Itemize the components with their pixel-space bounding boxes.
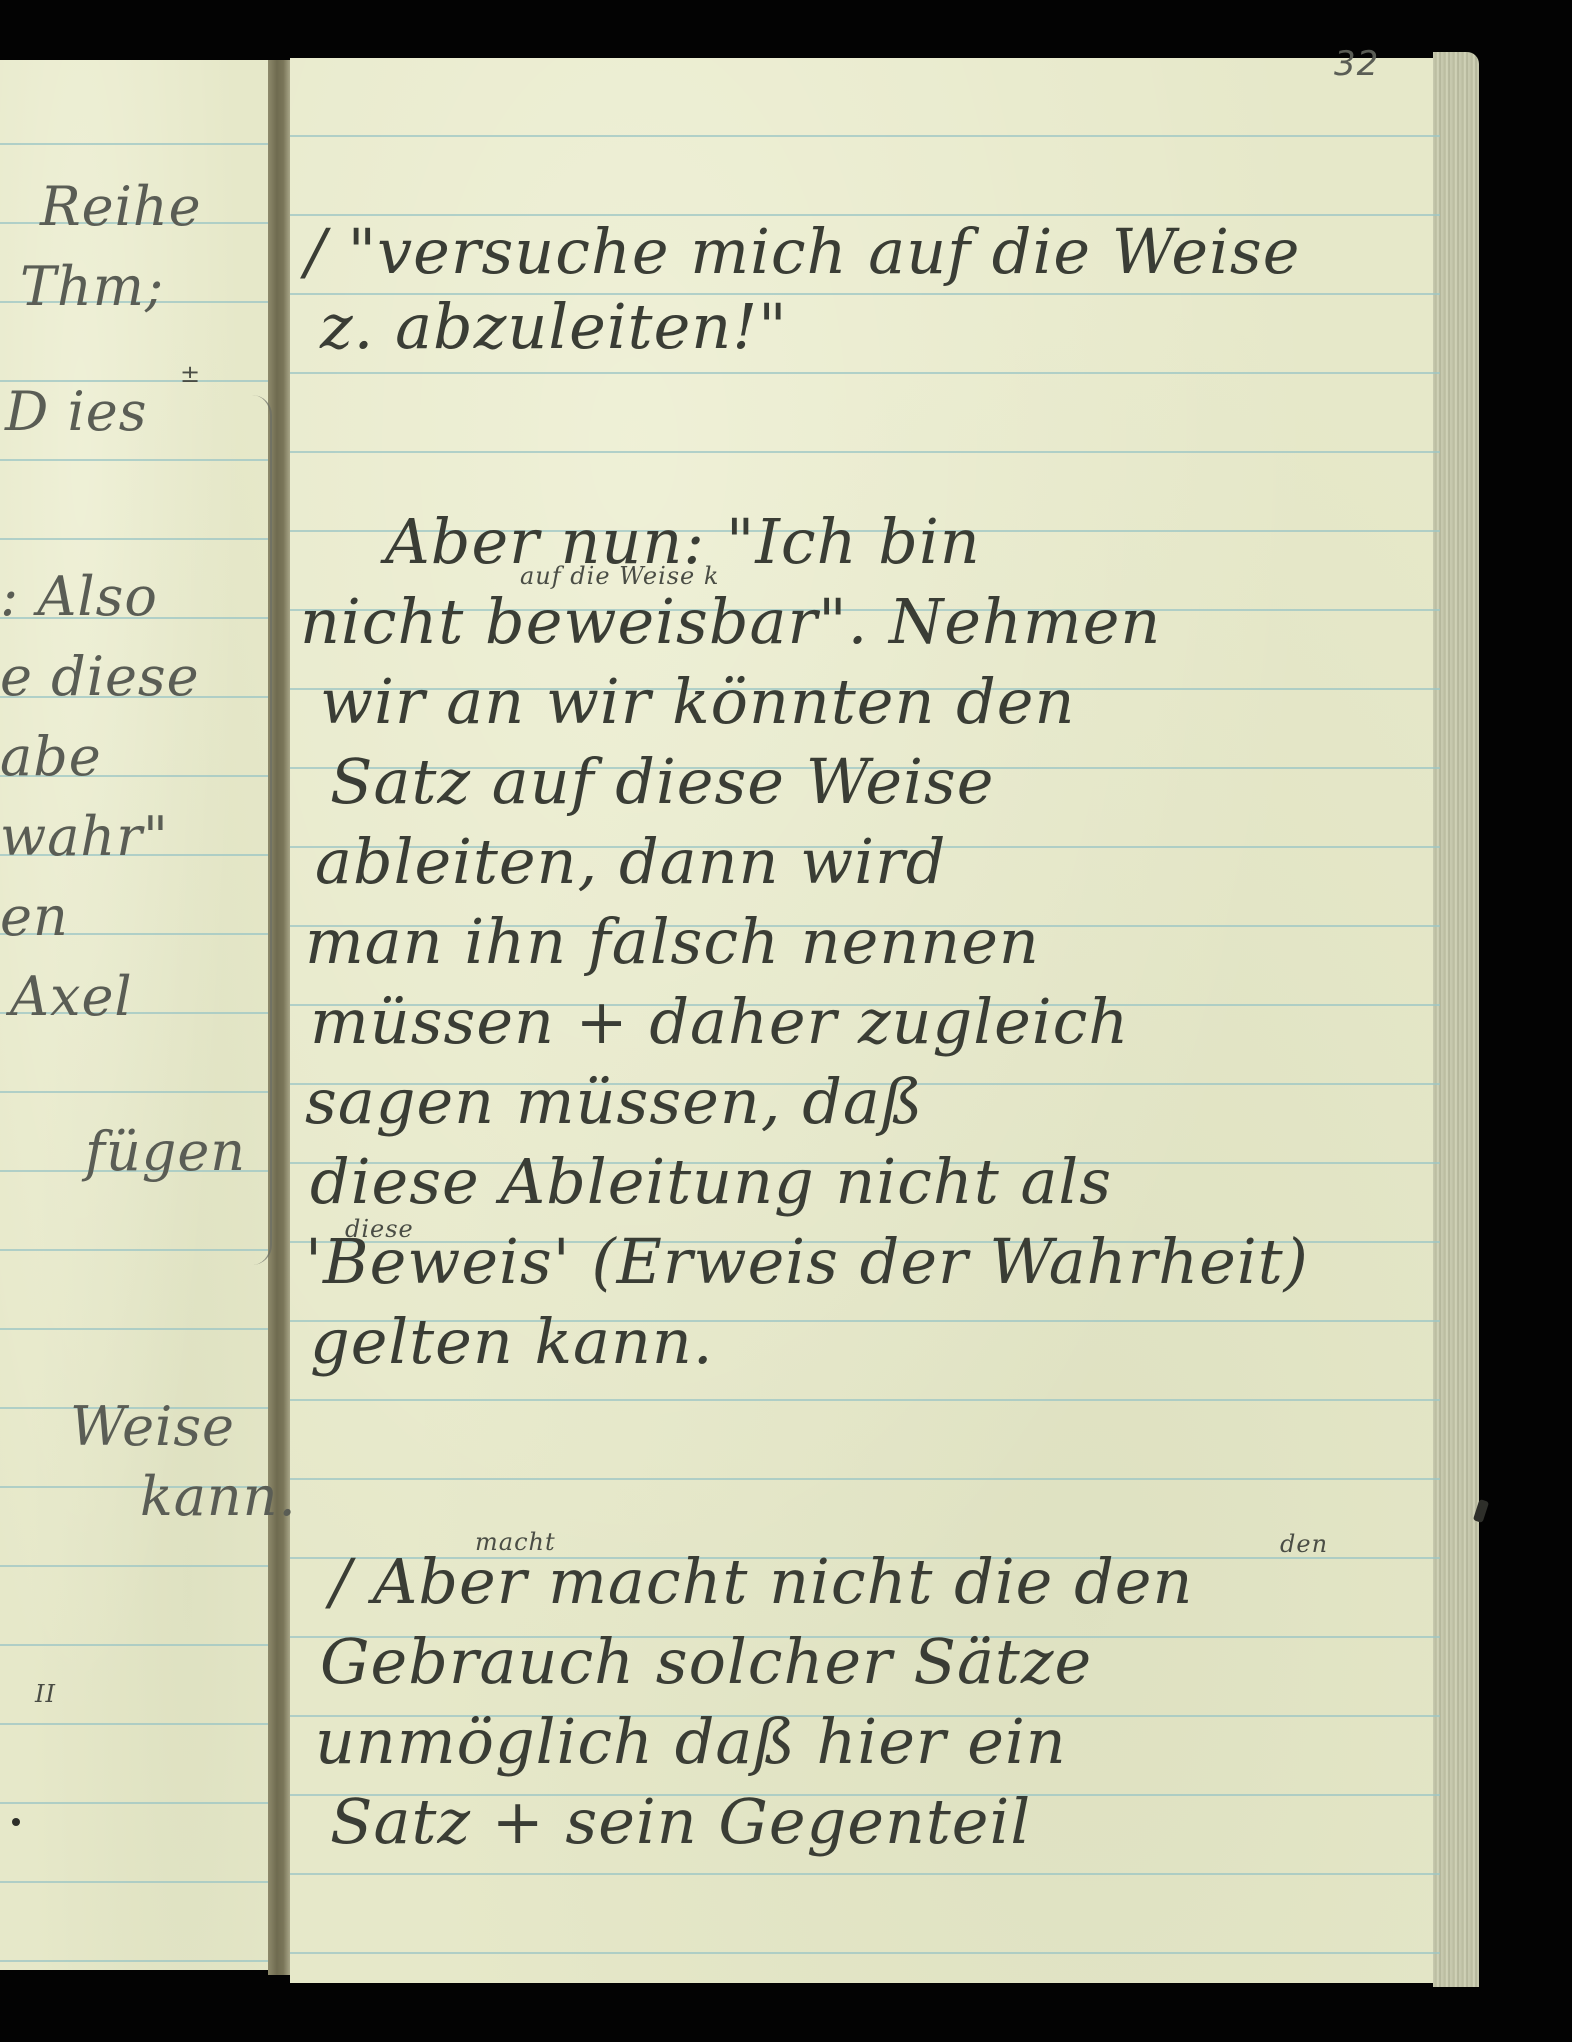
rule-line [0,1802,268,1804]
left-fragment: wahr" [0,805,169,868]
left-fragment: Axel [10,965,133,1028]
handwritten-line: Satz + sein Gegenteil [330,1785,1031,1858]
handwritten-line: 'Beweis' (Erweis der Wahrheit) [305,1225,1309,1298]
left-fragment: fügen [85,1120,246,1183]
handwritten-line: / "versuche mich auf die Weise [305,215,1300,288]
ink-dot [12,1818,20,1826]
handwritten-line: wir an wir könnten den [320,665,1075,738]
rule-line [290,1952,1440,1954]
handwritten-line: sagen müssen, daß [305,1065,923,1138]
left-fragment: en [0,885,69,948]
handwritten-line: nicht beweisbar". Nehmen [300,585,1161,658]
rule-line [0,1644,268,1646]
rule-line [0,538,268,540]
handwritten-line: ableiten, dann wird [315,825,946,898]
rule-line [290,1873,1440,1875]
insert-den: den [1280,1530,1328,1558]
rule-line [0,143,268,145]
handwritten-line: Satz auf diese Weise [330,745,994,818]
rule-line [0,1328,268,1330]
left-fragment: Thm; [20,255,164,318]
handwritten-line: unmöglich daß hier ein [315,1705,1067,1778]
handwritten-line: gelten kann. [310,1305,714,1378]
rule-line [0,1091,268,1093]
handwritten-line: / Aber macht nicht die den [330,1545,1193,1618]
left-fragment: e diese [0,645,200,708]
handwritten-line: Gebrauch solcher Sätze [320,1625,1092,1698]
left-fragment: kann. [140,1465,297,1528]
left-fragment: Weise [70,1395,235,1458]
left-fragment: ± [180,360,201,388]
margin-brace [240,395,272,1265]
handwritten-line: diese Ableitung nicht als [310,1145,1112,1218]
left-fragment: Reihe [40,175,202,238]
rule-line [290,1399,1440,1401]
handwritten-line: z. abzuleiten!" [320,290,788,363]
handwritten-line: müssen + daher zugleich [310,985,1129,1058]
handwritten-line: man ihn falsch nennen [305,905,1040,978]
rule-line [0,1723,268,1725]
notebook-spread: 32 Reihe Thm; ± D ies : Also e diese abe… [0,0,1572,2042]
rule-line [290,372,1440,374]
rule-line [290,451,1440,453]
page-edges [1433,52,1479,1987]
rule-line [0,1565,268,1567]
rule-line [0,459,268,461]
left-fragment: II [35,1680,56,1708]
rule-line [0,1960,268,1962]
left-fragment: : Also [0,565,158,628]
left-fragment: D ies [5,380,147,443]
rule-line [290,135,1440,137]
left-fragment: abe [0,725,102,788]
page-number: 32 [1334,44,1379,84]
rule-line [290,1478,1440,1480]
rule-line [0,1881,268,1883]
rule-line [0,1249,268,1251]
